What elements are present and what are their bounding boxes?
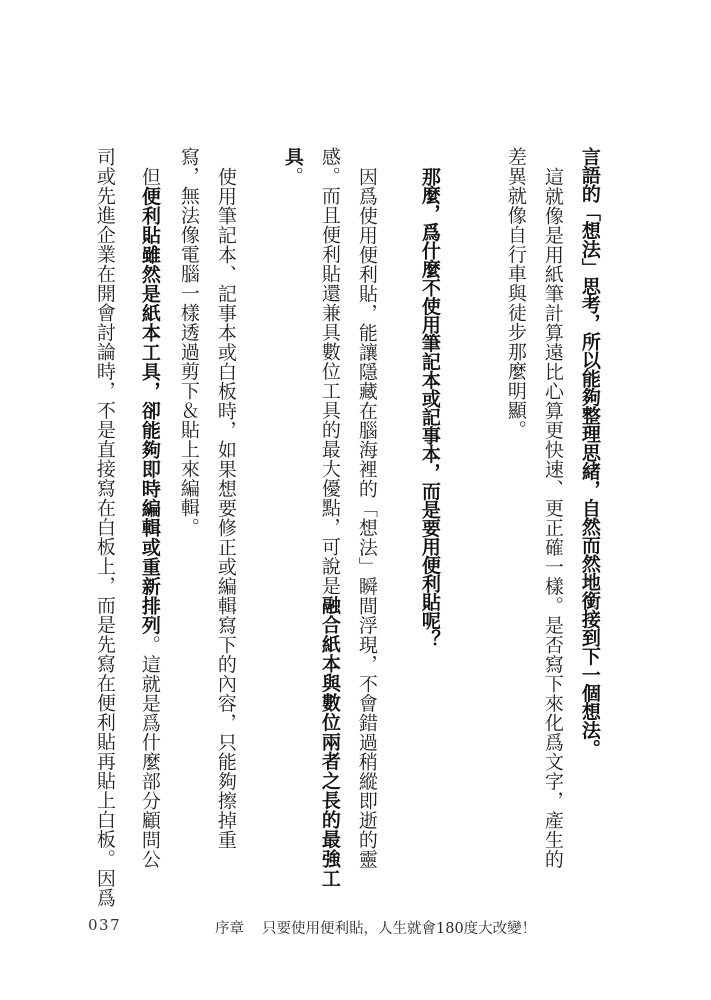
paragraph-column-6: 感。而且便利貼還兼具數位工具的最大優點，可說是融合紙本與數位兩者之長的最強工: [318, 147, 340, 888]
paragraph-column-1: 言語的「想法」思考，所以能夠整理思緒，自然而然地銜接到下一個想法。: [578, 147, 600, 758]
text-segment-bold: 融合紙本與數位兩者之長的最強工: [319, 596, 341, 889]
text-segment: 差異就像自行車與徒步那麼明顯。: [505, 147, 527, 440]
text-segment-bold: 那麼，爲什麼不使用筆記本或記事本，而是要用便利貼呢？: [419, 167, 441, 648]
paragraph-column-3: 差異就像自行車與徒步那麼明顯。: [504, 147, 526, 440]
text-segment-bold: 言語的「想法」思考，所以能夠整理思緒，自然而然地銜接到下一個想法。: [579, 147, 601, 758]
text-segment: 但: [139, 167, 161, 187]
section-heading-column: 那麼，爲什麼不使用筆記本或記事本，而是要用便利貼呢？: [418, 167, 440, 648]
paragraph-column-10: 但便利貼雖然是紙本工具，卻能夠即時編輯或重新排列。這就是爲什麼部分顧問公: [138, 167, 160, 869]
running-title: 只要使用便利貼，人生就會180度大改變！: [262, 917, 536, 938]
paragraph-column-7: 具。: [281, 147, 303, 186]
text-segment: 司或先進企業在開會討論時，不是直接寫在白板上，而是先寫在便利貼再貼上白板。因爲: [94, 147, 116, 908]
text-segment-bold: 便利貼雖然是紙本工具，卻能夠即時編輯或重新排列: [139, 187, 161, 636]
text-segment: 這就像是用紙筆計算遠比心算更快速、更正確一樣。是否寫下來化爲文字，產生的: [542, 167, 564, 869]
book-page: 言語的「想法」思考，所以能夠整理思緒，自然而然地銜接到下一個想法。 這就像是用紙…: [0, 0, 711, 1000]
text-segment: 。: [282, 167, 304, 187]
paragraph-column-5: 因爲使用便利貼，能讓隱藏在腦海裡的「想法」瞬間浮現，不會錯過稍縱即逝的靈: [355, 167, 377, 869]
text-segment: 寫，無法像電腦一樣透過剪下＆貼上來編輯。: [178, 147, 200, 537]
page-number: 037: [88, 916, 121, 934]
text-segment: 感。而且便利貼還兼具數位工具的最大優點，可說是: [319, 147, 341, 596]
paragraph-column-9: 寫，無法像電腦一樣透過剪下＆貼上來編輯。: [177, 147, 199, 537]
chapter-label: 序章: [215, 917, 244, 938]
text-segment: 使用筆記本、記事本或白板時，如果想要修正或編輯寫下的內容，只能夠擦掉重: [215, 167, 237, 850]
text-segment: 。這就是爲什麼部分顧問公: [139, 635, 161, 869]
paragraph-column-11: 司或先進企業在開會討論時，不是直接寫在白板上，而是先寫在便利貼再貼上白板。因爲: [93, 147, 115, 908]
text-segment: 因爲使用便利貼，能讓隱藏在腦海裡的「想法」瞬間浮現，不會錯過稍縱即逝的靈: [356, 167, 378, 869]
paragraph-column-2: 這就像是用紙筆計算遠比心算更快速、更正確一樣。是否寫下來化爲文字，產生的: [541, 167, 563, 869]
text-segment-bold: 具: [282, 147, 304, 167]
running-footer: 序章 只要使用便利貼，人生就會180度大改變！: [215, 917, 536, 938]
paragraph-column-8: 使用筆記本、記事本或白板時，如果想要修正或編輯寫下的內容，只能夠擦掉重: [214, 167, 236, 850]
